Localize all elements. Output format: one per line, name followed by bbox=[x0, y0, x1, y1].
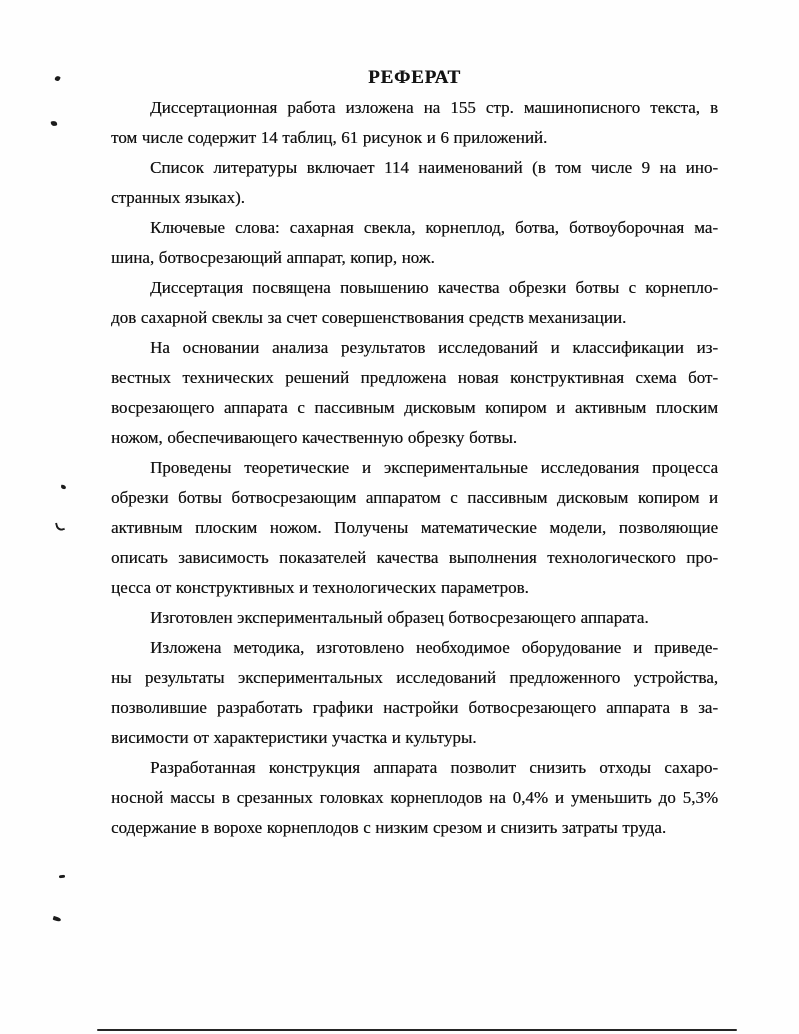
paragraph: Проведены теоретические и эксперименталь… bbox=[111, 453, 718, 603]
paragraphs-container: Диссертационная работа изложена на 155 с… bbox=[111, 93, 718, 843]
ink-speck bbox=[61, 485, 67, 490]
text-line: цесса от конструктивных и технологически… bbox=[111, 573, 718, 603]
paragraph: Изложена методика, изготовлено необходим… bbox=[111, 633, 718, 753]
ink-speck bbox=[54, 75, 61, 82]
text-line: Диссертация посвящена повышению качества… bbox=[111, 273, 718, 303]
text-line: ножом, обеспечивающего качественную обре… bbox=[111, 423, 718, 453]
text-line: Изготовлен экспериментальный образец бот… bbox=[111, 603, 718, 633]
ink-speck bbox=[53, 916, 62, 922]
ink-speck bbox=[51, 120, 58, 126]
text-line: восрезающего аппарата с пассивным дисков… bbox=[111, 393, 718, 423]
ink-speck bbox=[59, 875, 65, 879]
text-line: обрезки ботвы ботвосрезающим аппаратом с… bbox=[111, 483, 718, 513]
ink-speck bbox=[55, 521, 65, 532]
text-line: носной массы в срезанных головках корнеп… bbox=[111, 783, 718, 813]
paragraph: Ключевые слова: сахарная свекла, корнепл… bbox=[111, 213, 718, 273]
paragraph: Диссертационная работа изложена на 155 с… bbox=[111, 93, 718, 153]
text-line: странных языках). bbox=[111, 183, 718, 213]
text-line: Разработанная конструкция аппарата позво… bbox=[111, 753, 718, 783]
text-line: Изложена методика, изготовлено необходим… bbox=[111, 633, 718, 663]
text-line: позволившие разработать графики настройк… bbox=[111, 693, 718, 723]
paragraph: На основании анализа результатов исследо… bbox=[111, 333, 718, 453]
text-line: Ключевые слова: сахарная свекла, корнепл… bbox=[111, 213, 718, 243]
text-line: висимости от характеристики участка и ку… bbox=[111, 723, 718, 753]
text-line: дов сахарной свеклы за счет совершенство… bbox=[111, 303, 718, 333]
text-line: содержание в ворохе корнеплодов с низким… bbox=[111, 813, 718, 843]
text-line: описать зависимость показателей качества… bbox=[111, 543, 718, 573]
paragraph: Разработанная конструкция аппарата позво… bbox=[111, 753, 718, 843]
text-line: шина, ботвосрезающий аппарат, копир, нож… bbox=[111, 243, 718, 273]
scan-edge-artifact bbox=[97, 1029, 737, 1031]
paragraph: Список литературы включает 114 наименова… bbox=[111, 153, 718, 213]
text-line: Список литературы включает 114 наименова… bbox=[111, 153, 718, 183]
text-line: Проведены теоретические и эксперименталь… bbox=[111, 453, 718, 483]
text-line: На основании анализа результатов исследо… bbox=[111, 333, 718, 363]
page-title: РЕФЕРАТ bbox=[111, 63, 718, 93]
text-line: вестных технических решений предложена н… bbox=[111, 363, 718, 393]
text-block: РЕФЕРАТ Диссертационная работа изложена … bbox=[111, 63, 718, 843]
paragraph: Диссертация посвящена повышению качества… bbox=[111, 273, 718, 333]
paragraph: Изготовлен экспериментальный образец бот… bbox=[111, 603, 718, 633]
text-line: ны результаты экспериментальных исследов… bbox=[111, 663, 718, 693]
scanned-document-page: РЕФЕРАТ Диссертационная работа изложена … bbox=[0, 0, 799, 1034]
text-line: том числе содержит 14 таблиц, 61 рисунок… bbox=[111, 123, 718, 153]
text-line: активным плоским ножом. Получены математ… bbox=[111, 513, 718, 543]
text-line: Диссертационная работа изложена на 155 с… bbox=[111, 93, 718, 123]
